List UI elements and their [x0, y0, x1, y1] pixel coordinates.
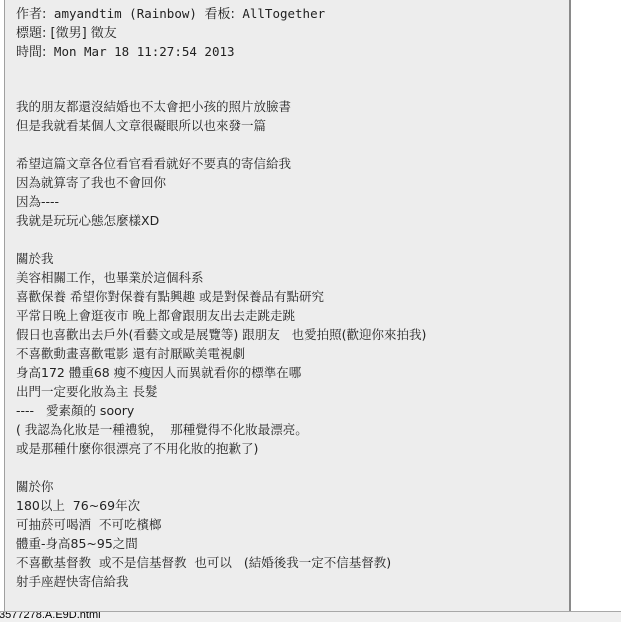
board-label: 看板:: [204, 7, 234, 22]
time-label: 時間:: [16, 45, 46, 60]
time-value: Mon Mar 18 11:27:54 2013: [46, 44, 234, 59]
body-line: 關於我: [16, 249, 565, 268]
blank-line: [16, 230, 565, 249]
post-content: 作者: amyandtim (Rainbow) 看板: AllTogether …: [16, 4, 565, 591]
blank-line: [16, 135, 565, 154]
meta-title-line: 標題: [徵男] 徵友: [16, 23, 565, 42]
body-line: 因為就算寄了我也不會回你: [16, 173, 565, 192]
blank-line: [16, 458, 565, 477]
body-line: ( 我認為化妝是一種禮貌， 那種覺得不化妝最漂亮。: [16, 420, 565, 439]
body-line: 我就是玩玩心態怎麼樣XD: [16, 211, 565, 230]
body-line: 不喜歡動畫喜歡電影 還有討厭歐美電視劇: [16, 344, 565, 363]
body-line: 可抽菸可喝酒 不可吃檳榔: [16, 515, 565, 534]
board-value: AllTogether: [235, 6, 325, 21]
body-line: 體重-身高85~95之間: [16, 534, 565, 553]
body-line: 但是我就看某個人文章很礙眼所以也來發一篇: [16, 116, 565, 135]
author-label: 作者:: [16, 7, 46, 22]
author-value: amyandtim (Rainbow): [46, 6, 204, 21]
body-line: 希望這篇文章各位看官看看就好不要真的寄信給我: [16, 154, 565, 173]
status-bar: :3577278.A.E9D.html: [0, 611, 621, 622]
body-line: 因為----: [16, 192, 565, 211]
body-line: 假日也喜歡出去戶外(看藝文或是展覽等) 跟朋友 也愛拍照(歡迎你來拍我): [16, 325, 565, 344]
body-line: 關於你: [16, 477, 565, 496]
status-url: :3577278.A.E9D.html: [0, 611, 101, 621]
article-panel: 作者: amyandtim (Rainbow) 看板: AllTogether …: [4, 0, 571, 611]
meta-author-line: 作者: amyandtim (Rainbow) 看板: AllTogether: [16, 4, 565, 23]
body-line: 不喜歡基督教 或不是信基督教 也可以 (結婚後我一定不信基督教): [16, 553, 565, 572]
meta-time-line: 時間: Mon Mar 18 11:27:54 2013: [16, 42, 565, 61]
body-line: 180以上 76~69年次: [16, 496, 565, 515]
body-line: 我的朋友都還沒結婚也不太會把小孩的照片放臉書: [16, 97, 565, 116]
body-line: 或是那種什麼你很漂亮了不用化妝的抱歉了): [16, 439, 565, 458]
body-line: 喜歡保養 希望你對保養有點興趣 或是對保養品有點研究: [16, 287, 565, 306]
body-line: 出門一定要化妝為主 長髮: [16, 382, 565, 401]
body-line: 身高172 體重68 瘦不瘦因人而異就看你的標準在哪: [16, 363, 565, 382]
header-gap: [16, 61, 565, 97]
body-line: 美容相關工作，也畢業於這個科系: [16, 268, 565, 287]
post-body: 我的朋友都還沒結婚也不太會把小孩的照片放臉書但是我就看某個人文章很礙眼所以也來發…: [16, 97, 565, 591]
title-value: [徵男] 徵友: [46, 26, 116, 41]
title-label: 標題:: [16, 26, 46, 41]
body-line: 平常日晚上會逛夜市 晚上都會跟朋友出去走跳走跳: [16, 306, 565, 325]
body-line: 射手座趕快寄信給我: [16, 572, 565, 591]
body-line: ---- 愛素顏的 soory: [16, 401, 565, 420]
